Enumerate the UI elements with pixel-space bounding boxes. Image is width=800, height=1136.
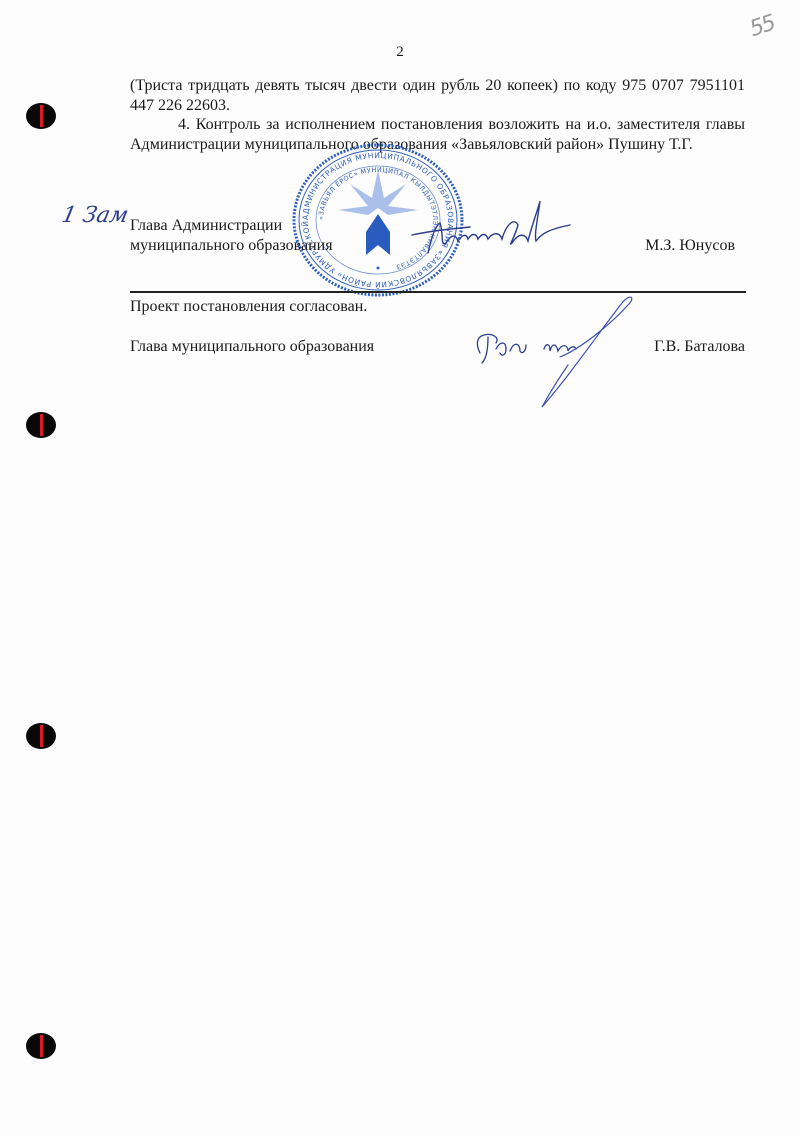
- page-number: 2: [0, 44, 800, 61]
- signer-name: М.З. Юнусов: [645, 236, 735, 256]
- punch-hole: [26, 103, 56, 129]
- punch-hole: [26, 412, 56, 438]
- approver-name: Г.В. Баталова: [654, 337, 745, 357]
- approval-title: Проект постановления согласован.: [130, 297, 367, 317]
- handwritten-signature-approver: [470, 295, 640, 415]
- punch-hole: [26, 1033, 56, 1059]
- handwritten-margin-note: 1 Зам: [59, 203, 130, 228]
- punch-hole: [26, 723, 56, 749]
- approver-position: Глава муниципального образования: [130, 338, 374, 355]
- archive-sheet-number: 55: [747, 11, 778, 42]
- approval-signature-block: Глава муниципального образования Г.В. Ба…: [130, 337, 745, 357]
- horizontal-divider: [130, 291, 746, 293]
- continuation-paragraph: (Триста тридцать девять тысяч двести оди…: [130, 76, 745, 115]
- handwritten-signature-head: [410, 195, 590, 265]
